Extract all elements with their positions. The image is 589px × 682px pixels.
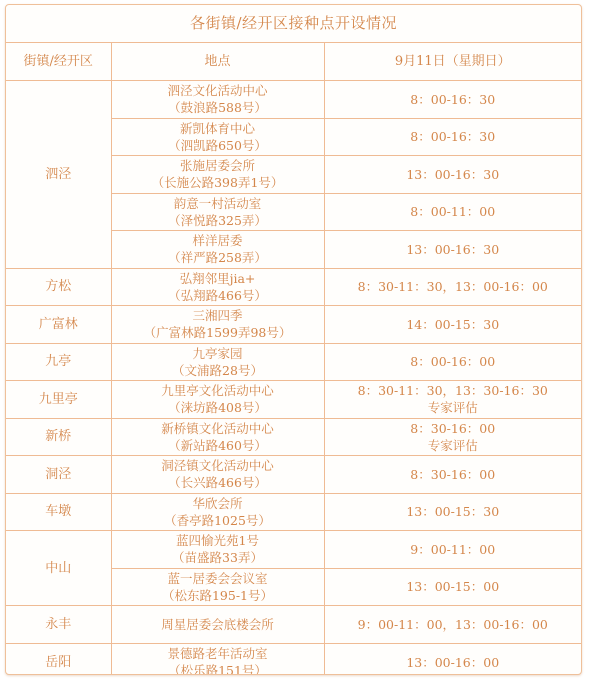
vaccination-sites-table: 各街镇/经开区接种点开设情况 街镇/经开区 地点 9月11日（星期日） 泗泾 泗…	[6, 5, 581, 675]
location-address: （泗凯路650号）	[112, 137, 324, 154]
location-cell: 蓝四愉光苑1号 （苗盛路33弄）	[111, 531, 324, 569]
location-cell: 蓝一居委会会议室 （松东路195-1号）	[111, 568, 324, 606]
location-address: （祥严路258弄）	[112, 249, 324, 266]
header-date: 9月11日（星期日）	[324, 43, 581, 81]
time-value: 8：00-16：00	[325, 353, 582, 370]
location-name: 九亭家园	[112, 345, 324, 362]
table-row: 洞泾 洞泾镇文化活动中心 （长兴路466号） 8：30-16：00	[6, 456, 581, 494]
town-cell: 泗泾	[6, 81, 111, 269]
time-cell: 8：30-11：30，13：30-16：30 专家评估	[324, 381, 581, 419]
location-name: 泗泾文化活动中心	[112, 82, 324, 99]
time-value: 8：30-16：00	[325, 420, 582, 437]
location-name: 三湘四季	[112, 307, 324, 324]
time-value: 8：00-11：00	[325, 203, 582, 220]
location-address: （文浦路28号）	[112, 362, 324, 379]
table-row: 岳阳 景德路老年活动室 （松乐路151号） 13：00-16：00	[6, 643, 581, 675]
table-row: 车墩 华欣会所 （香亭路1025号） 13：00-15：30	[6, 493, 581, 531]
time-cell: 13：00-15：00	[324, 568, 581, 606]
time-value: 9：00-11：00	[325, 541, 582, 558]
location-address: （苗盛路33弄）	[112, 549, 324, 566]
location-name: 蓝一居委会会议室	[112, 570, 324, 587]
time-value: 8：30-11：30，13：00-16：00	[325, 278, 582, 295]
town-cell: 车墩	[6, 493, 111, 531]
time-value: 9：00-11：00，13：00-16：00	[325, 616, 582, 633]
table-row: 永丰 周星居委会底楼会所 9：00-11：00，13：00-16：00	[6, 606, 581, 644]
town-cell: 九亭	[6, 343, 111, 381]
vaccination-sites-table-container: 各街镇/经开区接种点开设情况 街镇/经开区 地点 9月11日（星期日） 泗泾 泗…	[5, 4, 582, 675]
location-name: 洞泾镇文化活动中心	[112, 457, 324, 474]
town-cell: 中山	[6, 531, 111, 606]
location-address: （广富林路1599弄98号）	[112, 324, 324, 341]
location-address: （鼓浪路588号）	[112, 99, 324, 116]
time-cell: 8：30-16：00	[324, 456, 581, 494]
location-cell: 泗泾文化活动中心 （鼓浪路588号）	[111, 81, 324, 119]
location-name: 韵意一村活动室	[112, 195, 324, 212]
town-cell: 广富林	[6, 306, 111, 344]
time-value: 14：00-15：30	[325, 316, 582, 333]
location-cell: 九里亭文化活动中心 （涞坊路408号）	[111, 381, 324, 419]
town-cell: 岳阳	[6, 643, 111, 675]
location-name: 新凯体育中心	[112, 120, 324, 137]
town-cell: 永丰	[6, 606, 111, 644]
table-title: 各街镇/经开区接种点开设情况	[6, 5, 581, 43]
table-row: 广富林 三湘四季 （广富林路1599弄98号） 14：00-15：30	[6, 306, 581, 344]
header-location: 地点	[111, 43, 324, 81]
location-address: （松东路195-1号）	[112, 587, 324, 604]
location-address: （长兴路466号）	[112, 474, 324, 491]
time-cell: 8：30-11：30，13：00-16：00	[324, 268, 581, 306]
location-cell: 周星居委会底楼会所	[111, 606, 324, 644]
time-cell: 13：00-15：30	[324, 493, 581, 531]
table-title-row: 各街镇/经开区接种点开设情况	[6, 5, 581, 43]
location-cell: 华欣会所 （香亭路1025号）	[111, 493, 324, 531]
location-name: 九里亭文化活动中心	[112, 382, 324, 399]
location-cell: 新桥镇文化活动中心 （新站路460号）	[111, 418, 324, 456]
location-cell: 新凯体育中心 （泗凯路650号）	[111, 118, 324, 156]
table-row: 方松 弘翔邻里jia+ （弘翔路466号） 8：30-11：30，13：00-1…	[6, 268, 581, 306]
time-note: 专家评估	[325, 399, 582, 416]
time-value: 8：30-16：00	[325, 466, 582, 483]
location-cell: 三湘四季 （广富林路1599弄98号）	[111, 306, 324, 344]
location-cell: 样洋居委 （祥严路258弄）	[111, 231, 324, 269]
table-row: 九亭 九亭家园 （文浦路28号） 8：00-16：00	[6, 343, 581, 381]
location-cell: 景德路老年活动室 （松乐路151号）	[111, 643, 324, 675]
location-cell: 洞泾镇文化活动中心 （长兴路466号）	[111, 456, 324, 494]
time-cell: 8：00-16：30	[324, 81, 581, 119]
location-cell: 张施居委会所 （长施公路398弄1号）	[111, 156, 324, 194]
time-cell: 8：00-11：00	[324, 193, 581, 231]
table-header-row: 街镇/经开区 地点 9月11日（星期日）	[6, 43, 581, 81]
time-cell: 13：00-16：00	[324, 643, 581, 675]
table-row: 泗泾 泗泾文化活动中心 （鼓浪路588号） 8：00-16：30	[6, 81, 581, 119]
location-cell: 弘翔邻里jia+ （弘翔路466号）	[111, 268, 324, 306]
location-name: 样洋居委	[112, 232, 324, 249]
location-address: （香亭路1025号）	[112, 512, 324, 529]
time-value: 13：00-15：30	[325, 503, 582, 520]
time-cell: 14：00-15：30	[324, 306, 581, 344]
town-cell: 九里亭	[6, 381, 111, 419]
time-note: 专家评估	[325, 437, 582, 454]
location-name: 周星居委会底楼会所	[112, 616, 324, 633]
table-row: 九里亭 九里亭文化活动中心 （涞坊路408号） 8：30-11：30，13：30…	[6, 381, 581, 419]
location-address: （长施公路398弄1号）	[112, 174, 324, 191]
location-address: （松乐路151号）	[112, 662, 324, 675]
town-cell: 新桥	[6, 418, 111, 456]
time-cell: 8：30-16：00 专家评估	[324, 418, 581, 456]
time-cell: 8：00-16：00	[324, 343, 581, 381]
time-value: 8：00-16：30	[325, 128, 582, 145]
location-name: 新桥镇文化活动中心	[112, 420, 324, 437]
location-name: 华欣会所	[112, 495, 324, 512]
table-row: 新桥 新桥镇文化活动中心 （新站路460号） 8：30-16：00 专家评估	[6, 418, 581, 456]
table-row: 中山 蓝四愉光苑1号 （苗盛路33弄） 9：00-11：00	[6, 531, 581, 569]
time-cell: 8：00-16：30	[324, 118, 581, 156]
time-cell: 13：00-16：30	[324, 156, 581, 194]
town-cell: 方松	[6, 268, 111, 306]
location-address: （弘翔路466号）	[112, 287, 324, 304]
location-name: 蓝四愉光苑1号	[112, 532, 324, 549]
location-address: （泽悦路325弄）	[112, 212, 324, 229]
town-cell: 洞泾	[6, 456, 111, 494]
time-value: 8：30-11：30，13：30-16：30	[325, 382, 582, 399]
time-cell: 9：00-11：00，13：00-16：00	[324, 606, 581, 644]
location-cell: 韵意一村活动室 （泽悦路325弄）	[111, 193, 324, 231]
time-value: 8：00-16：30	[325, 91, 582, 108]
time-value: 13：00-16：30	[325, 241, 582, 258]
location-address: （涞坊路408号）	[112, 399, 324, 416]
location-cell: 九亭家园 （文浦路28号）	[111, 343, 324, 381]
header-town: 街镇/经开区	[6, 43, 111, 81]
time-value: 13：00-16：30	[325, 166, 582, 183]
location-name: 弘翔邻里jia+	[112, 270, 324, 287]
location-name: 景德路老年活动室	[112, 645, 324, 662]
time-cell: 13：00-16：30	[324, 231, 581, 269]
time-cell: 9：00-11：00	[324, 531, 581, 569]
time-value: 13：00-15：00	[325, 578, 582, 595]
location-name: 张施居委会所	[112, 157, 324, 174]
time-value: 13：00-16：00	[325, 654, 582, 671]
location-address: （新站路460号）	[112, 437, 324, 454]
